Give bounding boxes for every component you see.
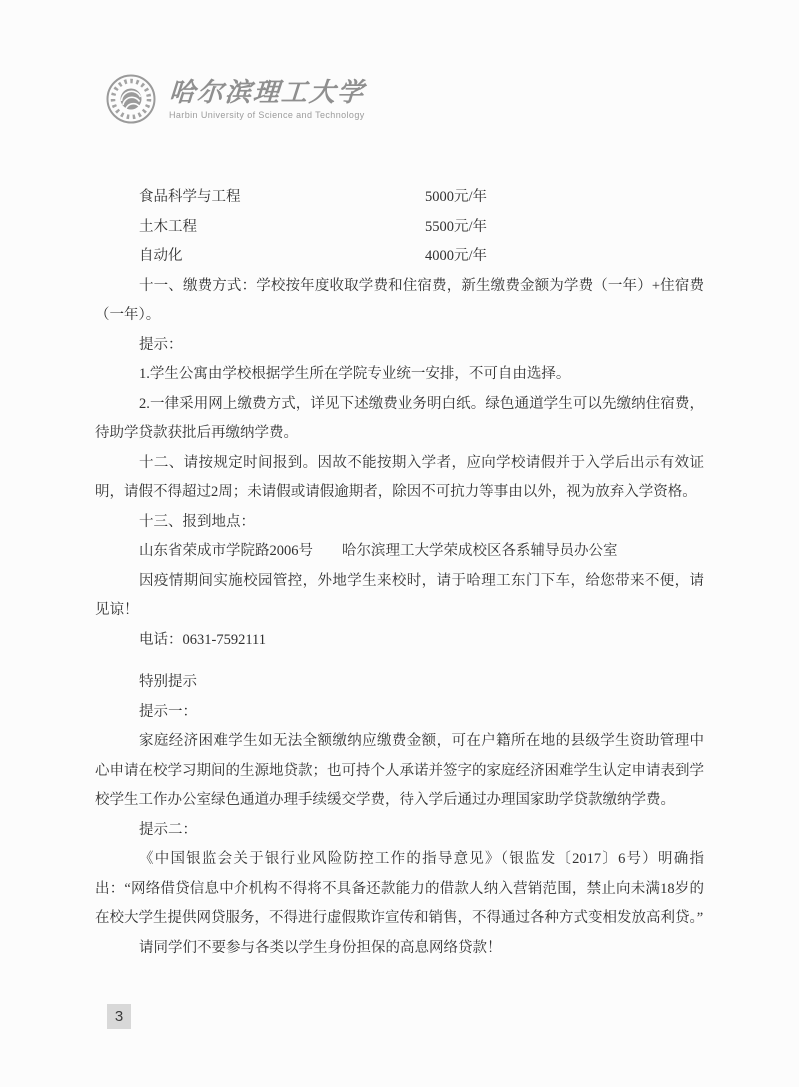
fee-major-label: 自动化 bbox=[139, 242, 425, 272]
page-number: 3 bbox=[107, 1004, 131, 1029]
university-name-chinese: 哈尔滨理工大学 bbox=[168, 78, 366, 108]
paragraph-phone-number: 电话：0631-7592111 bbox=[95, 626, 704, 656]
fee-price-value: 4000元/年 bbox=[425, 242, 487, 272]
fee-price-value: 5500元/年 bbox=[425, 213, 487, 243]
fee-major-label: 食品科学与工程 bbox=[139, 183, 425, 213]
special-notice-2-text: 《中国银监会关于银行业风险防控工作的指导意见》（银监发〔2017〕6号）明确指出… bbox=[95, 845, 704, 934]
fee-row-civil-engineering: 土木工程 5500元/年 bbox=[95, 213, 704, 243]
paragraph-report-location-label: 十三、报到地点： bbox=[95, 508, 704, 538]
special-notice-2-label: 提示二： bbox=[95, 816, 704, 846]
university-name-english: Harbin University of Science and Technol… bbox=[169, 110, 365, 120]
tuition-fee-list: 食品科学与工程 5000元/年 土木工程 5500元/年 自动化 4000元/年 bbox=[95, 183, 704, 272]
paragraph-payment-method: 十一、缴费方式：学校按年度收取学费和住宿费，新生缴费金额为学费（一年）+住宿费（… bbox=[95, 272, 704, 331]
special-notice-title: 特别提示 bbox=[95, 668, 704, 698]
special-notice-1-label: 提示一： bbox=[95, 698, 704, 728]
paragraph-campus-control-notice: 因疫情期间实施校园管控，外地学生来校时，请于哈理工东门下车，给您带来不便，请见谅… bbox=[95, 567, 704, 626]
fee-major-label: 土木工程 bbox=[139, 213, 425, 243]
paragraph-tip-dormitory: 1.学生公寓由学校根据学生所在学院专业统一安排，不可自由选择。 bbox=[95, 360, 704, 390]
special-notice-1-text: 家庭经济困难学生如无法全额缴纳应缴费金额，可在户籍所在地的县级学生资助管理中心申… bbox=[95, 727, 704, 816]
fee-row-food-science: 食品科学与工程 5000元/年 bbox=[95, 183, 704, 213]
fee-row-automation: 自动化 4000元/年 bbox=[95, 242, 704, 272]
university-brand: 哈尔滨理工大学 Harbin University of Science and… bbox=[169, 74, 365, 120]
university-seal-icon bbox=[106, 74, 156, 124]
fee-price-value: 5000元/年 bbox=[425, 183, 487, 213]
admission-notice-page: 哈尔滨理工大学 Harbin University of Science and… bbox=[0, 0, 799, 1087]
paragraph-tip-online-payment: 2.一律采用网上缴费方式，详见下述缴费业务明白纸。绿色通道学生可以先缴纳住宿费，… bbox=[95, 390, 704, 449]
special-notice-closing: 请同学们不要参与各类以学生身份担保的高息网络贷款！ bbox=[95, 934, 704, 964]
paragraph-registration-deadline: 十二、请按规定时间报到。因故不能按期入学者，应向学校请假并于入学后出示有效证明，… bbox=[95, 449, 704, 508]
paragraph-tips-label: 提示： bbox=[95, 331, 704, 361]
university-header: 哈尔滨理工大学 Harbin University of Science and… bbox=[106, 74, 365, 124]
document-body: 食品科学与工程 5000元/年 土木工程 5500元/年 自动化 4000元/年… bbox=[95, 183, 704, 963]
paragraph-report-address: 山东省荣成市学院路2006号 哈尔滨理工大学荣成校区各系辅导员办公室 bbox=[95, 537, 704, 567]
